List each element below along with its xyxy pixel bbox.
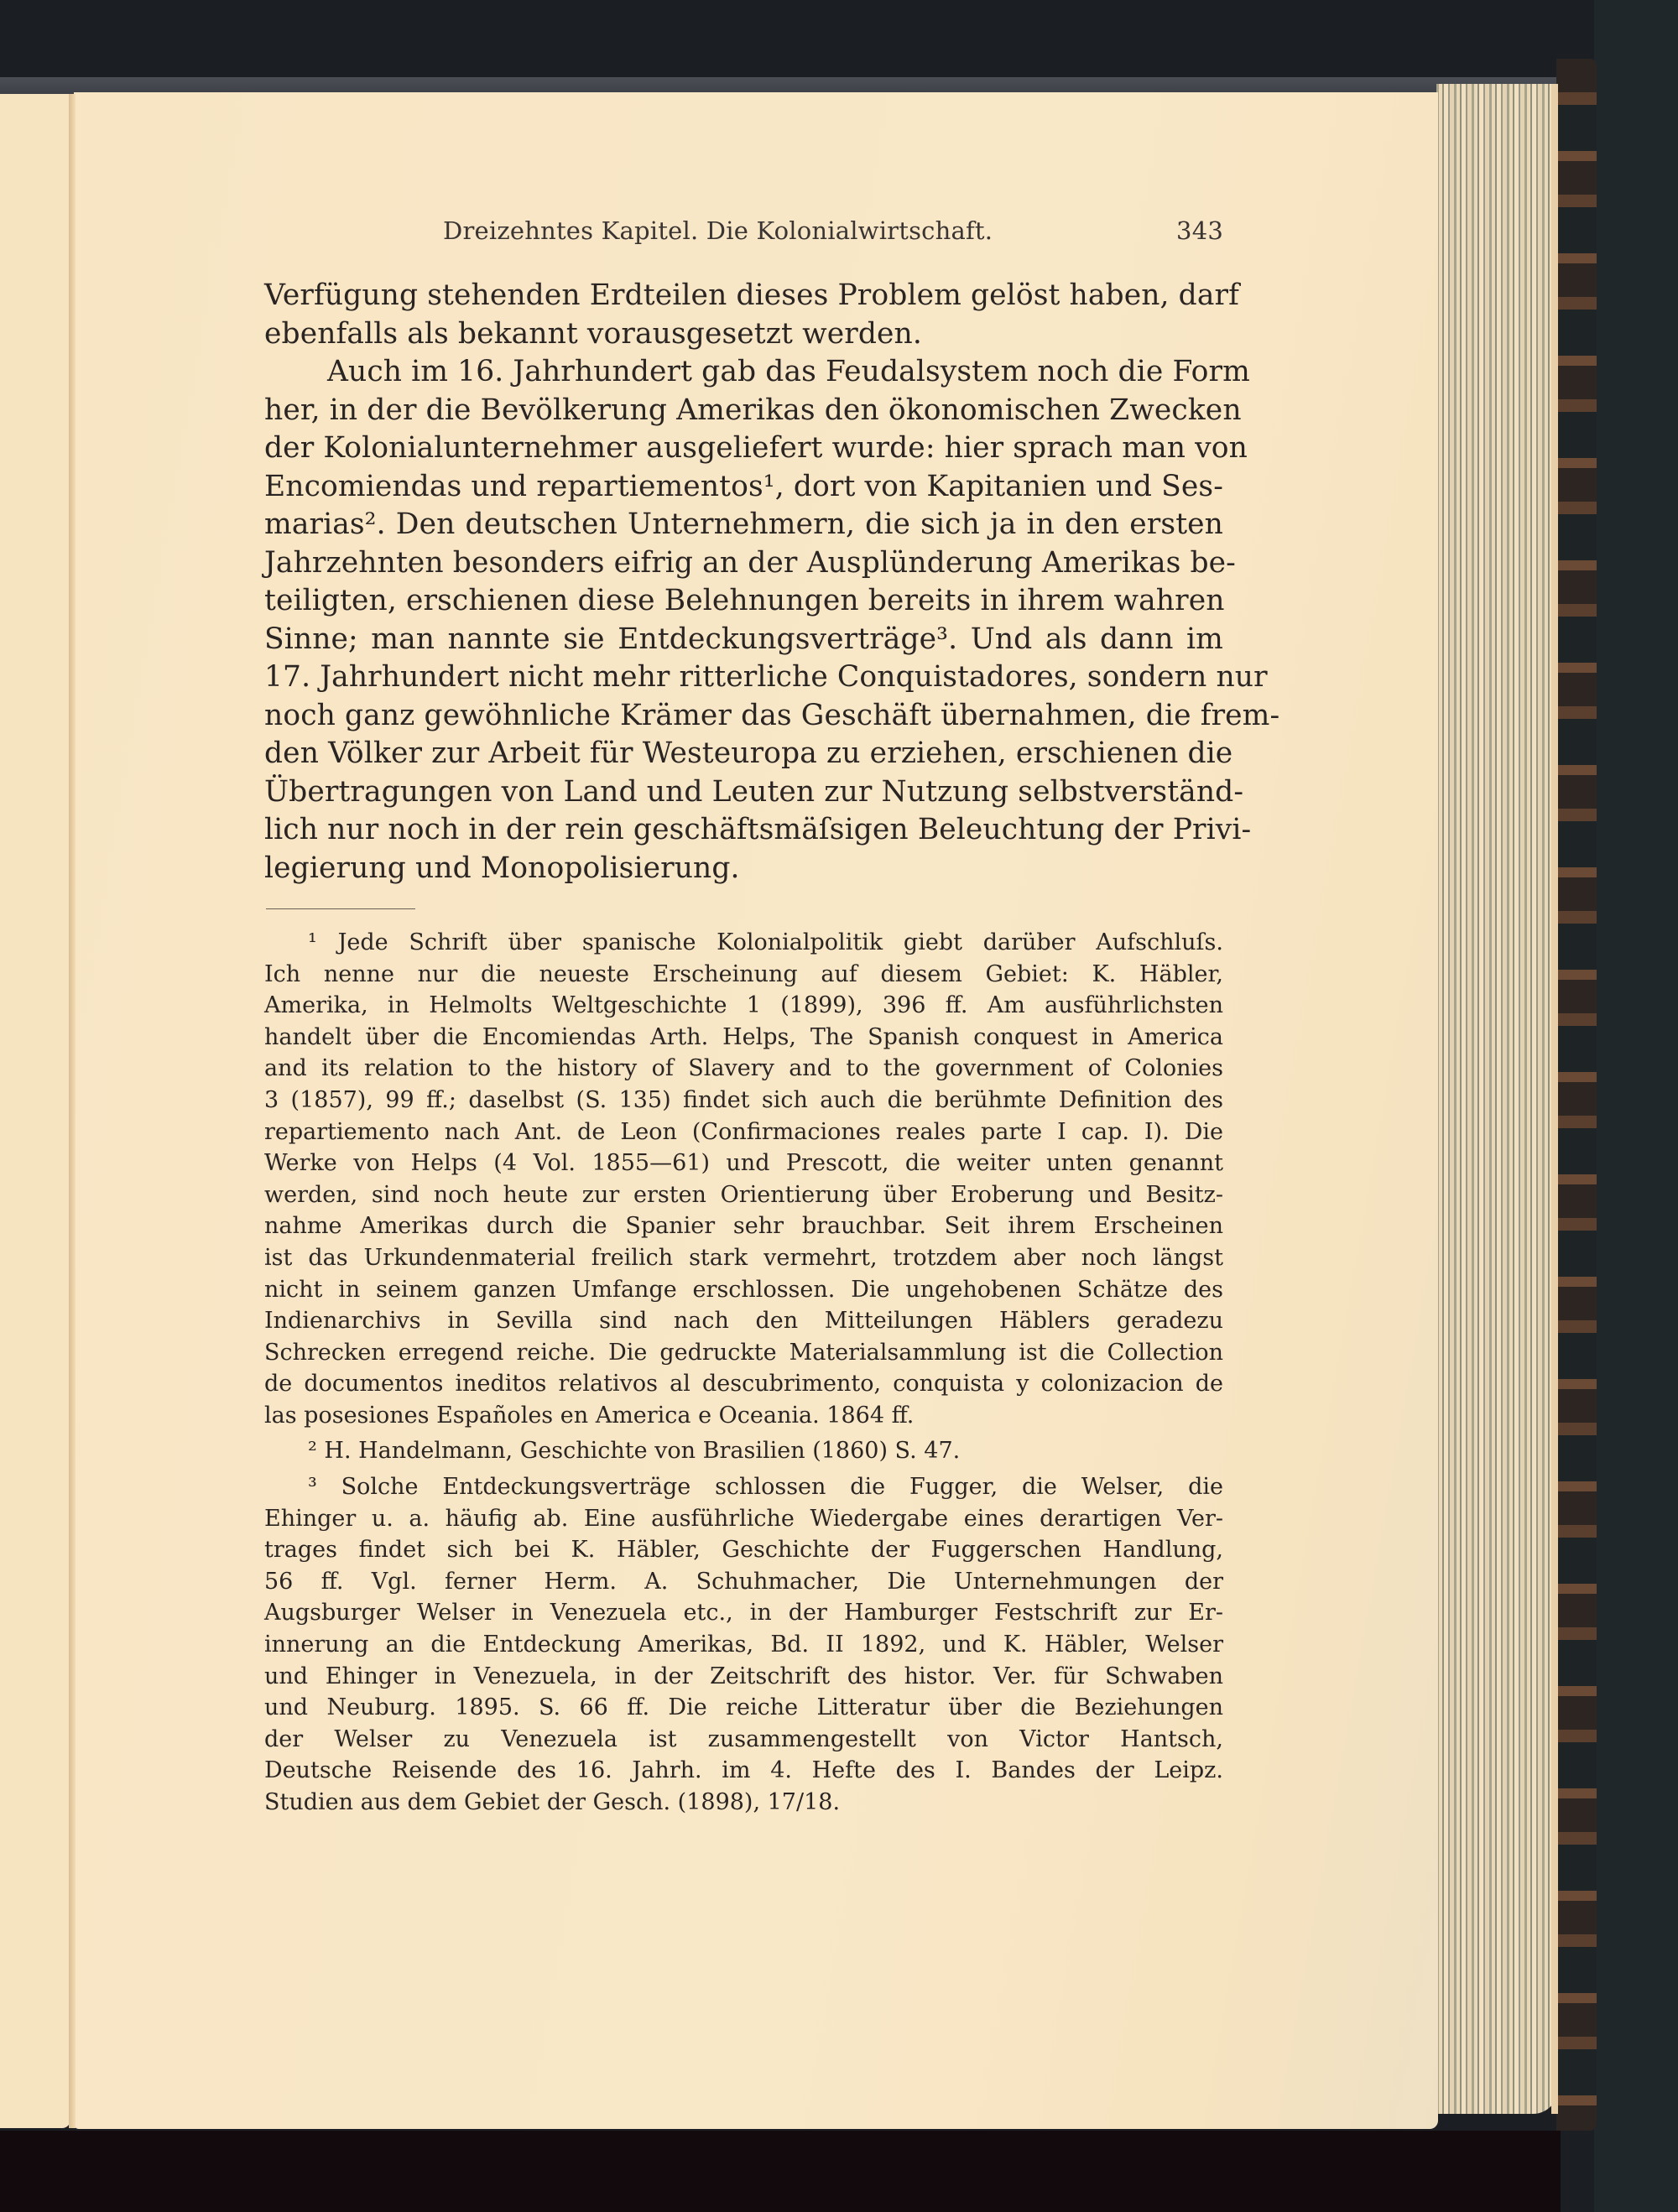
footnote-line: repartiemento nach Ant. de Leon (Confirm… xyxy=(264,1116,1223,1148)
footnote-3: ³ Solche Entdeckungsverträge schlossen d… xyxy=(264,1471,1223,1819)
footnote-line: and its relation to the history of Slave… xyxy=(264,1053,1223,1085)
footnote-line: Ehinger u. a. häufig ab. Eine ausführlic… xyxy=(264,1503,1223,1535)
footnote-line: Deutsche Reisende des 16. Jahrh. im 4. H… xyxy=(264,1755,1223,1787)
footnote-line: trages findet sich bei K. Häbler, Geschi… xyxy=(264,1534,1223,1566)
book-gutter xyxy=(69,94,76,2128)
footnote-line: und Neuburg. 1895. S. 66 ff. Die reiche … xyxy=(264,1692,1223,1724)
text-line: marias². Den deutschen Unternehmern, die… xyxy=(264,506,1223,544)
footnote-separator xyxy=(266,908,415,909)
footnote-line: nicht in seinem ganzen Umfange erschloss… xyxy=(264,1274,1223,1306)
footnote-line: Ich nenne nur die neueste Erscheinung au… xyxy=(264,959,1223,991)
scan-backdrop-bottom xyxy=(0,2131,1561,2212)
text-line: Jahrzehnten besonders eifrig an der Ausp… xyxy=(264,544,1223,583)
page-number: 343 xyxy=(1176,216,1223,245)
footnote-line: handelt über die Encomiendas Arth. Helps… xyxy=(264,1022,1223,1054)
paragraph-2: Auch im 16. Jahrhundert gab das Feudalsy… xyxy=(264,353,1223,887)
text-line: teiligten, erschienen diese Belehnungen … xyxy=(264,582,1223,621)
text-line: 17. Jahrhundert nicht mehr ritterliche C… xyxy=(264,658,1223,697)
text-line: lich nur noch in der rein geschäftsmäſsi… xyxy=(264,811,1223,850)
text-line: den Völker zur Arbeit für Westeuropa zu … xyxy=(264,735,1223,773)
footnote-line: Amerika, in Helmolts Weltgeschichte 1 (1… xyxy=(264,990,1223,1022)
footnote-line: Augsburger Welser in Venezuela etc., in … xyxy=(264,1597,1223,1629)
text-line: her, in der die Bevölkerung Amerikas den… xyxy=(264,392,1223,430)
footnote-line: 56 ff. Vgl. ferner Herm. A. Schuhmacher,… xyxy=(264,1566,1223,1598)
text-line: Übertragungen von Land und Leuten zur Nu… xyxy=(264,773,1223,812)
text-line: Verfügung stehenden Erdteilen dieses Pro… xyxy=(264,277,1223,315)
footnote-1: ¹ Jede Schrift über spanische Kolonialpo… xyxy=(264,927,1223,1432)
text-line: Auch im 16. Jahrhundert gab das Feudalsy… xyxy=(264,353,1223,392)
footnote-line: der Welser zu Venezuela ist zusammengest… xyxy=(264,1724,1223,1756)
footnote-line: Studien aus dem Gebiet der Gesch. (1898)… xyxy=(264,1787,1223,1819)
text-line: noch ganz gewöhnliche Krämer das Geschäf… xyxy=(264,697,1223,736)
footnote-line: nahme Amerikas durch die Spanier sehr br… xyxy=(264,1210,1223,1242)
footnote-line: ist das Urkundenmaterial freilich stark … xyxy=(264,1242,1223,1274)
left-page-edge xyxy=(0,94,70,2128)
body-text: Verfügung stehenden Erdteilen dieses Pro… xyxy=(264,277,1223,887)
footnote-line: ¹ Jede Schrift über spanische Kolonialpo… xyxy=(264,927,1223,959)
footnote-2: ² H. Handelmann, Geschichte von Brasilie… xyxy=(264,1435,1223,1467)
text-line: ebenfalls als bekannt vorausgesetzt werd… xyxy=(264,315,1223,354)
text-line: der Kolonialunternehmer ausgeliefert wur… xyxy=(264,429,1223,468)
footnote-line: werden, sind noch heute zur ersten Orien… xyxy=(264,1179,1223,1211)
footnote-line: ² H. Handelmann, Geschichte von Brasilie… xyxy=(264,1435,1223,1467)
scan-backdrop xyxy=(1594,0,1678,2212)
footnotes: ¹ Jede Schrift über spanische Kolonialpo… xyxy=(264,927,1223,1819)
footnote-line: Schrecken erregend reiche. Die gedruckte… xyxy=(264,1337,1223,1369)
footnote-line: und Ehinger in Venezuela, in der Zeitsch… xyxy=(264,1661,1223,1693)
footnote-line: Werke von Helps (4 Vol. 1855—61) und Pre… xyxy=(264,1148,1223,1179)
running-head: Dreizehntes Kapitel. Die Kolonialwirtsch… xyxy=(443,216,1223,245)
footnote-line: innerung an die Entdeckung Amerikas, Bd.… xyxy=(264,1629,1223,1661)
text-line: Sinne; man nannte sie Entdeckungsverträg… xyxy=(264,621,1223,659)
footnote-line: de documentos ineditos relativos al desc… xyxy=(264,1368,1223,1400)
book-cover-marbled-edge xyxy=(1556,59,1597,2131)
paragraph-1: Verfügung stehenden Erdteilen dieses Pro… xyxy=(264,277,1223,353)
footnote-line: 3 (1857), 99 ff.; daselbst (S. 135) find… xyxy=(264,1085,1223,1116)
text-line: Encomiendas und repartiementos¹, dort vo… xyxy=(264,468,1223,507)
footnote-line: las posesiones Españoles en America e Oc… xyxy=(264,1400,1223,1432)
running-title: Dreizehntes Kapitel. Die Kolonialwirtsch… xyxy=(443,216,993,245)
footnote-line: Indienarchivs in Sevilla sind nach den M… xyxy=(264,1305,1223,1337)
text-line: legierung und Monopolisierung. xyxy=(264,850,1223,888)
footnote-line: ³ Solche Entdeckungsverträge schlossen d… xyxy=(264,1471,1223,1503)
page-stack-fore-edge xyxy=(1436,84,1558,2114)
